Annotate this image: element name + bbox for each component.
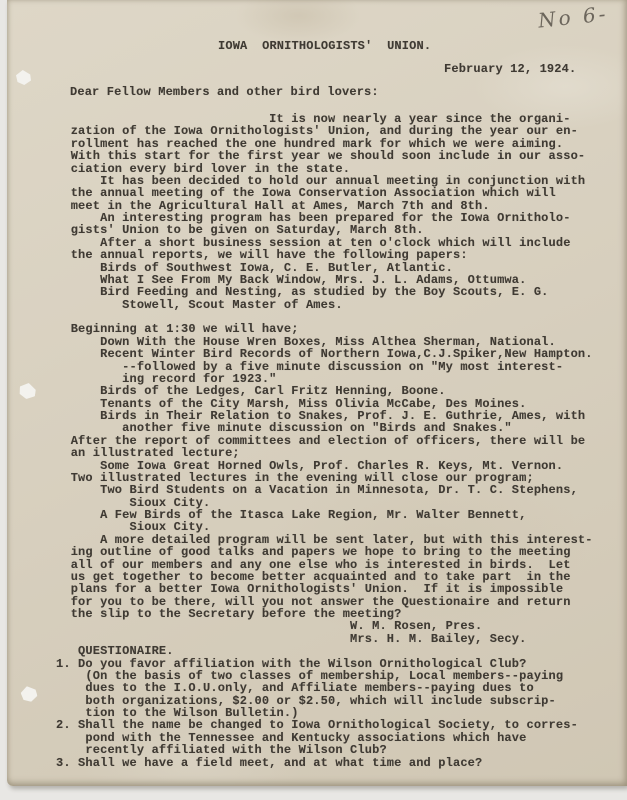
scanned-document: No 6- IOWA ORNITHOLOGISTS' UNION. Februa…: [0, 0, 627, 800]
letter-body: It is now nearly a year since the organi…: [56, 113, 593, 769]
letter-date: February 12, 1924.: [444, 63, 576, 75]
letter-title: IOWA ORNITHOLOGISTS' UNION.: [218, 40, 431, 52]
letter-salutation: Dear Fellow Members and other bird lover…: [70, 86, 379, 98]
